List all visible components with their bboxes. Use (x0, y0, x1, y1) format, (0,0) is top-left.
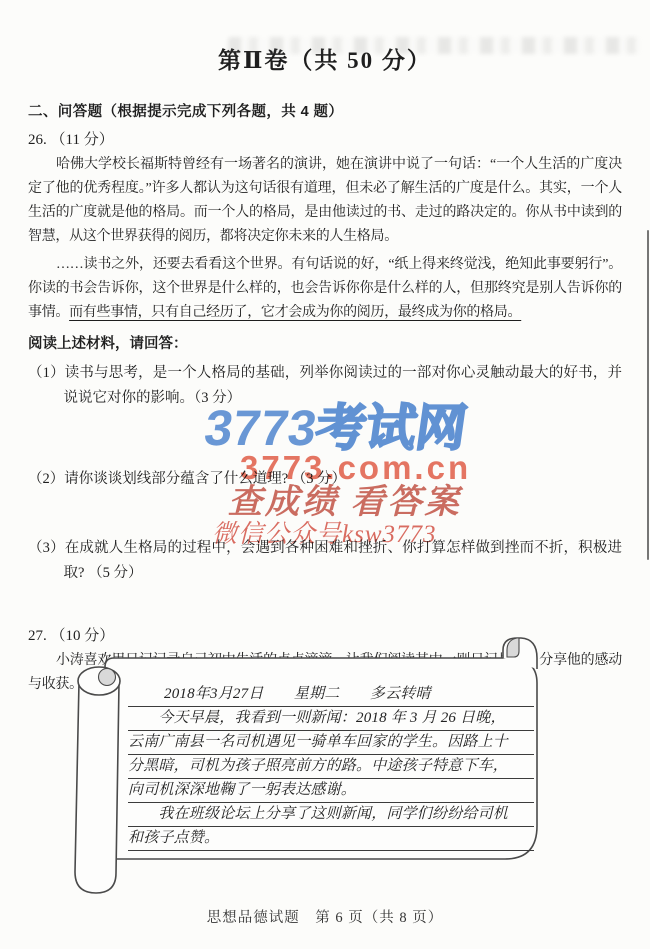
diary-entry: 2018年3月27日 星期二 多云转晴 今天早晨，我看到一则新闻：2018 年 … (128, 683, 534, 851)
q26-paragraph-2-underlined-text: 而有些事情，只有自己经历了，它才会成为你的阅历，最终成为你的格局。 (69, 305, 521, 320)
diary-line: 云南广南县一名司机遇见一骑单车回家的学生。因路上十 (128, 731, 534, 755)
q26-subquestion-3-text: 在成就人生格局的过程中，会遇到各种困难和挫折、你打算怎样做到挫而不折，积极进取?… (64, 540, 623, 581)
diary-line: 向司机深深地鞠了一躬表达感谢。 (128, 779, 534, 803)
diary-line: 我在班级论坛上分享了这则新闻，同学们纷纷给司机 (128, 803, 534, 827)
scroll-left-roller (75, 682, 119, 893)
q26-subquestion-3: （3）在成就人生格局的过程中，会遇到各种困难和挫折、你打算怎样做到挫而不折，积极… (28, 536, 622, 586)
q26-answer-prompt: 阅读上述材料，请回答： (28, 332, 622, 353)
q26-subquestion-3-label: （3） (28, 540, 65, 556)
scan-edge-artifact (647, 230, 649, 560)
section-heading: 二、问答题（根据提示完成下列各题，共 4 题） (28, 100, 622, 121)
diary-scroll-illustration: 2018年3月27日 星期二 多云转晴 今天早晨，我看到一则新闻：2018 年 … (60, 637, 560, 902)
scroll-left-roller-curl-shade (99, 669, 116, 686)
q26-paragraph-2: ……读书之外，还要去看看这个世界。有句话说的好，“纸上得来终觉浅，绝知此事要躬行… (28, 253, 622, 325)
q26-number: 26. （11 分） (28, 128, 622, 149)
q26-subquestion-1-text: 读书与思考，是一个人格局的基础，列举你阅读过的一部对你心灵触动最大的好书，并说说… (64, 365, 623, 406)
q26-subquestion-1: （1）读书与思考，是一个人格局的基础，列举你阅读过的一部对你心灵触动最大的好书，… (28, 361, 622, 411)
q26-subquestion-1-label: （1） (28, 365, 65, 381)
q26-subquestion-2-text: 请你谈谈划线部分蕴含了什么道理? （3 分） (64, 471, 346, 487)
page-footer: 思想品德试题 第 6 页（共 8 页） (0, 906, 650, 927)
page-bleed-artifact (228, 37, 642, 54)
diary-date-line: 2018年3月27日 星期二 多云转晴 (128, 683, 534, 707)
q26-subquestion-2: （2）请你谈谈划线部分蕴含了什么道理? （3 分） (28, 467, 622, 492)
diary-line: 分黑暗，司机为孩子照亮前方的路。中途孩子特意下车， (128, 755, 534, 779)
q26-paragraph-1: 哈佛大学校长福斯特曾经有一场著名的演讲，她在演讲中说了一句话：“一个人生活的广度… (28, 153, 622, 249)
diary-line: 今天早晨，我看到一则新闻：2018 年 3 月 26 日晚， (128, 707, 534, 731)
exam-paper-page: 第Ⅱ卷（共 50 分） 二、问答题（根据提示完成下列各题，共 4 题） 26. … (0, 0, 650, 949)
q26-subquestion-2-label: （2） (28, 471, 64, 487)
diary-line: 和孩子点赞。 (128, 827, 534, 851)
